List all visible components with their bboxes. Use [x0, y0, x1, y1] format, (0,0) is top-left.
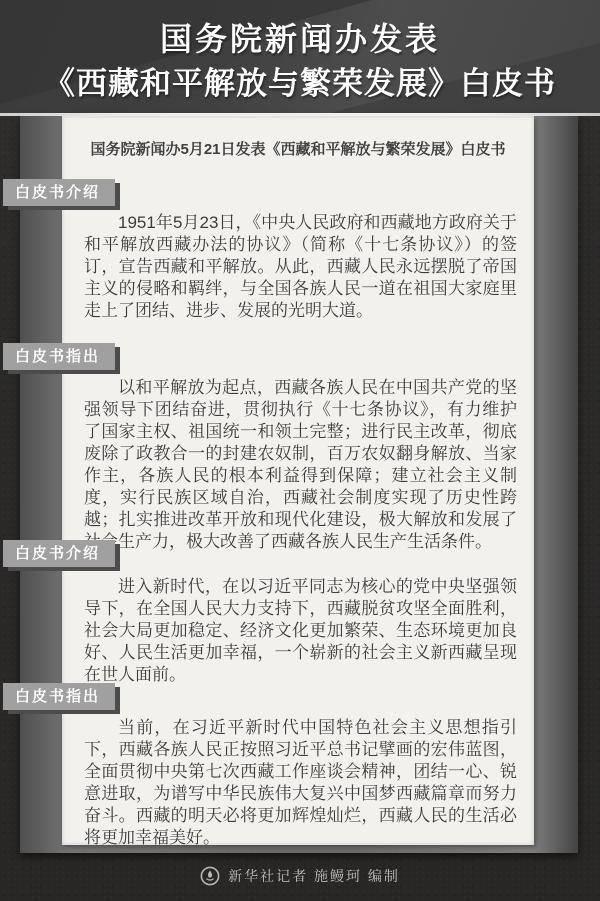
section-paragraph-1: 1951年5月23日，《中央人民政府和西藏地方政府关于和平解放西藏办法的协议》（… [84, 212, 517, 322]
footer-credit-row: 新华社记者 施鳗珂 编制 [0, 866, 600, 886]
infographic-page: 国务院新闻办发表 《西藏和平解放与繁荣发展》白皮书 国务院新闻办5月21日发表《… [0, 0, 600, 901]
section-tab-intro-1: 白皮书介绍 [3, 179, 115, 206]
page-title-line2: 《西藏和平解放与繁荣发展》白皮书 [0, 58, 600, 103]
header-band: 国务院新闻办发表 《西藏和平解放与繁荣发展》白皮书 [0, 0, 600, 113]
section-paragraph-3: 进入新时代，在以习近平同志为核心的党中央坚强领导下，在全国人民大力支持下，西藏脱… [84, 576, 517, 686]
section-tab-intro-2: 白皮书介绍 [3, 540, 115, 567]
editor-credit: 新华社记者 施鳗珂 编制 [228, 866, 400, 886]
section-tab-states-2: 白皮书指出 [3, 683, 115, 710]
header-divider [0, 113, 600, 116]
page-title-line1: 国务院新闻办发表 [0, 14, 600, 60]
section-paragraph-4: 当前，在习近平新时代中国特色社会主义思想指引下，西藏各族人民正按照习近平总书记擘… [84, 717, 517, 849]
section-tab-states-1: 白皮书指出 [3, 343, 115, 370]
section-paragraph-2: 以和平解放为起点，西藏各族人民在中国共产党的坚强领导下团结奋进，贯彻执行《十七条… [84, 377, 517, 553]
paper-subtitle: 国务院新闻办5月21日发表《西藏和平解放与繁荣发展》白皮书 [62, 138, 534, 159]
xinhua-logo-icon [200, 866, 220, 886]
